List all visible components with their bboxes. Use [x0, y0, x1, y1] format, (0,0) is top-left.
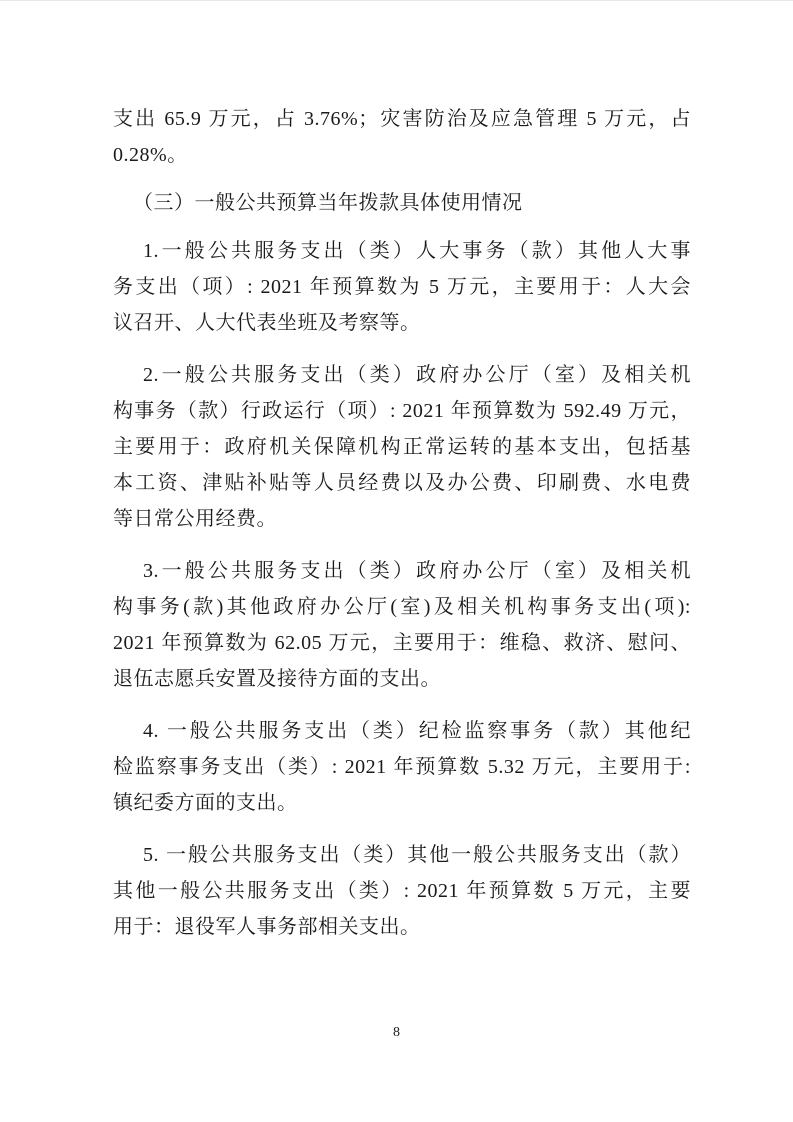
- text-line: 2021 年预算数为 62.05 万元，主要用于：维稳、救济、慰问、: [113, 625, 691, 661]
- text-line: 退伍志愿兵安置及接待方面的支出。: [113, 661, 691, 697]
- text-line: 等日常公用经费。: [113, 501, 691, 537]
- text-line: 构事务（款）行政运行（项）: 2021 年预算数为 592.49 万元，: [113, 393, 691, 429]
- text-line: 议召开、人大代表坐班及考察等。: [113, 305, 691, 341]
- text-line: 镇纪委方面的支出。: [113, 785, 691, 821]
- text-line: 3.一般公共服务支出（类）政府办公厅（室）及相关机: [113, 553, 691, 589]
- text-line: 1.一般公共服务支出（类）人大事务（款）其他人大事: [113, 233, 691, 269]
- text-line: 2.一般公共服务支出（类）政府办公厅（室）及相关机: [113, 357, 691, 393]
- paragraph-continuation: 支出 65.9 万元，占 3.76%；灾害防治及应急管理 5 万元，占 0.28…: [113, 101, 691, 173]
- text-line: 务支出（项）: 2021 年预算数为 5 万元，主要用于：人大会: [113, 269, 691, 305]
- document-page: 支出 65.9 万元，占 3.76%；灾害防治及应急管理 5 万元，占 0.28…: [0, 0, 793, 1122]
- text-line: 4. 一般公共服务支出（类）纪检监察事务（款）其他纪: [113, 713, 691, 749]
- paragraph-item-3: 3.一般公共服务支出（类）政府办公厅（室）及相关机 构事务(款)其他政府办公厅(…: [113, 553, 691, 697]
- text-line: 本工资、津贴补贴等人员经费以及办公费、印刷费、水电费: [113, 465, 691, 501]
- text-line: 主要用于：政府机关保障机构正常运转的基本支出，包括基: [113, 429, 691, 465]
- section-heading: （三）一般公共预算当年拨款具体使用情况: [113, 185, 691, 221]
- text-line: 0.28%。: [113, 137, 691, 173]
- text-line: 支出 65.9 万元，占 3.76%；灾害防治及应急管理 5 万元，占: [113, 101, 691, 137]
- text-line: 构事务(款)其他政府办公厅(室)及相关机构事务支出(项):: [113, 589, 691, 625]
- text-line: 5. 一般公共服务支出（类）其他一般公共服务支出（款）: [113, 837, 691, 873]
- text-line: 检监察事务支出（类）: 2021 年预算数 5.32 万元，主要用于:: [113, 749, 691, 785]
- text-line: 其他一般公共服务支出（类）: 2021 年预算数 5 万元，主要: [113, 873, 691, 909]
- paragraph-item-4: 4. 一般公共服务支出（类）纪检监察事务（款）其他纪 检监察事务支出（类）: 2…: [113, 713, 691, 821]
- paragraph-item-2: 2.一般公共服务支出（类）政府办公厅（室）及相关机 构事务（款）行政运行（项）:…: [113, 357, 691, 537]
- paragraph-item-5: 5. 一般公共服务支出（类）其他一般公共服务支出（款） 其他一般公共服务支出（类…: [113, 837, 691, 945]
- text-line: 用于：退役军人事务部相关支出。: [113, 909, 691, 945]
- text-block: 支出 65.9 万元，占 3.76%；灾害防治及应急管理 5 万元，占 0.28…: [113, 101, 691, 945]
- paragraph-item-1: 1.一般公共服务支出（类）人大事务（款）其他人大事 务支出（项）: 2021 年…: [113, 233, 691, 341]
- page-number: 8: [0, 1023, 793, 1043]
